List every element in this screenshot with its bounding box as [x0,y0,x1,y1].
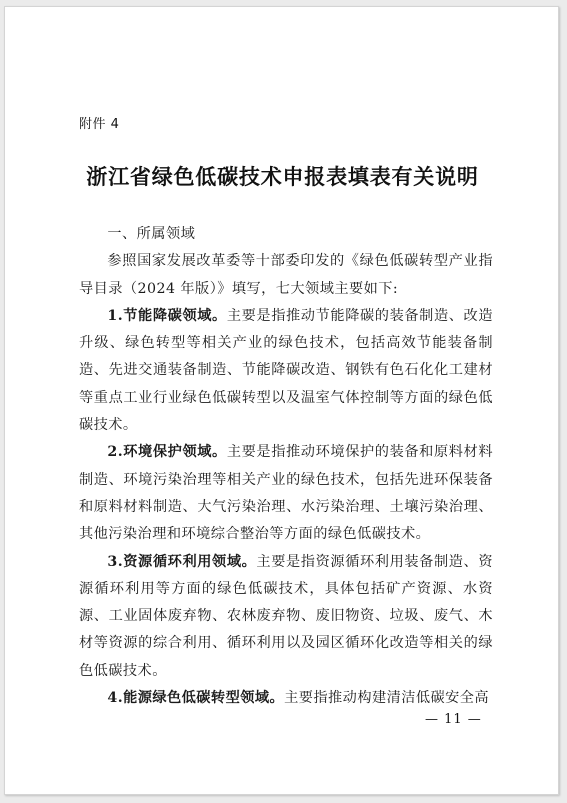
paragraph-lead: 2.环境保护领域。 [107,444,226,460]
paragraph-lead: 3.资源循环利用领域。 [107,554,256,570]
paragraph-environmental-protection: 2.环境保护领域。主要是指推动环境保护的装备和原料材料制造、环境污染治理等相关产… [79,439,493,548]
paragraph-text: 主要指推动构建清洁低碳安全高 [284,690,489,706]
document-body: 一、所属领域 参照国家发展改革委等十部委印发的《绿色低碳转型产业指导目录（202… [79,221,493,712]
document-title: 浙江省绿色低碳技术申报表填表有关说明 [5,161,560,191]
page-number: — 11 — [425,712,482,727]
paragraph-resource-recycling: 3.资源循环利用领域。主要是指资源循环利用装备制造、资源循环利用等方面的绿色低碳… [79,549,493,685]
section-heading: 一、所属领域 [79,221,493,248]
attachment-label: 附件 4 [79,113,119,132]
paragraph-lead: 4.能源绿色低碳转型领域。 [107,690,284,706]
paragraph-energy-saving: 1.节能降碳领域。主要是指推动节能降碳的装备制造、改造升级、绿色转型等相关产业的… [79,303,493,439]
paragraph-text: 主要是指推动节能降碳的装备制造、改造升级、绿色转型等相关产业的绿色技术，包括高效… [79,308,493,433]
intro-paragraph: 参照国家发展改革委等十部委印发的《绿色低碳转型产业指导目录（2024 年版）》填… [79,248,493,303]
document-page: 附件 4 浙江省绿色低碳技术申报表填表有关说明 一、所属领域 参照国家发展改革委… [4,6,559,795]
paragraph-text: 主要是指资源循环利用装备制造、资源循环利用等方面的绿色低碳技术，具体包括矿产资源… [79,554,493,679]
paragraph-lead: 1.节能降碳领域。 [107,308,226,324]
paragraph-energy-transition: 4.能源绿色低碳转型领域。主要指推动构建清洁低碳安全高 [79,685,493,712]
